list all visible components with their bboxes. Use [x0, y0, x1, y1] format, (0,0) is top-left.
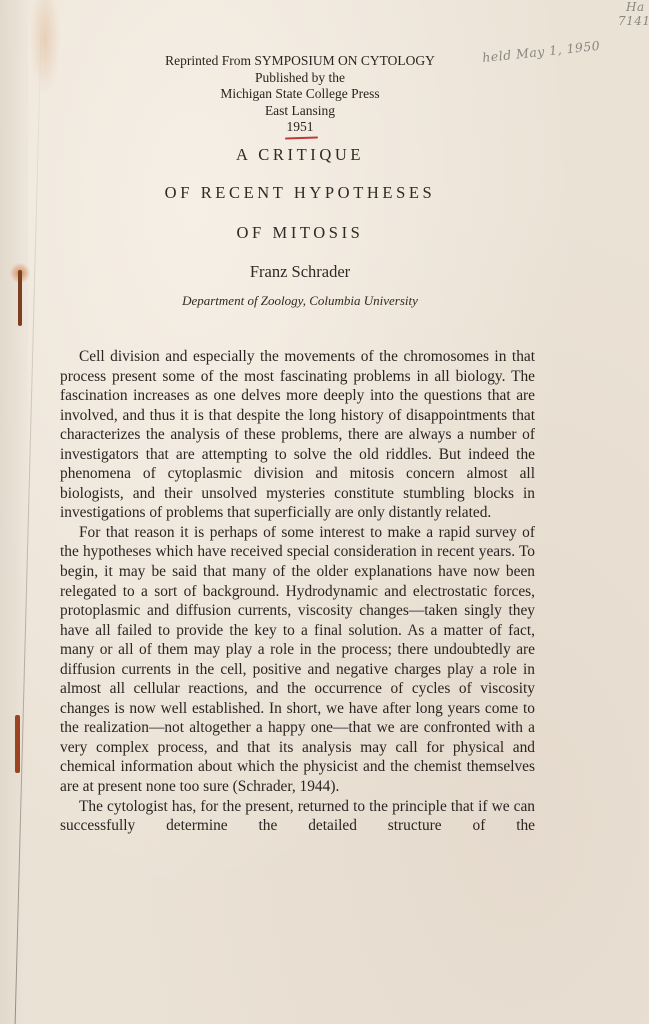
paragraph-2: For that reason it is perhaps of some in… [60, 523, 535, 797]
reprint-line: Reprinted From SYMPOSIUM ON CYTOLOGY [100, 53, 500, 70]
paragraph-1: Cell division and especially the movemen… [60, 347, 535, 523]
handwritten-corner-annotation-1: Ha [626, 0, 645, 14]
staple-rust-mark-lower [15, 715, 20, 773]
publisher-line: Michigan State College Press [100, 86, 500, 103]
paragraph-3: The cytologist has, for the present, ret… [60, 797, 535, 836]
article-body: Cell division and especially the movemen… [60, 347, 535, 836]
title-line-1: A CRITIQUE [0, 145, 600, 165]
publication-year: 1951 [287, 119, 314, 136]
location-line: East Lansing [100, 103, 500, 120]
published-line: Published by the [100, 70, 500, 87]
stain-top-left [30, 0, 60, 95]
title-line-2: OF RECENT HYPOTHESES [0, 183, 600, 203]
title-line-3: OF MITOSIS [0, 223, 600, 243]
red-underline-mark [284, 136, 317, 139]
year-text: 1951 [287, 119, 314, 134]
reprint-header: Reprinted From SYMPOSIUM ON CYTOLOGY Pub… [100, 53, 500, 136]
author-name: Franz Schrader [0, 262, 600, 282]
document-page: held May 1, 1950 Ha 7141 Reprinted From … [0, 0, 649, 1024]
author-affiliation: Department of Zoology, Columbia Universi… [0, 293, 600, 309]
handwritten-corner-annotation-2: 7141 [618, 14, 649, 28]
